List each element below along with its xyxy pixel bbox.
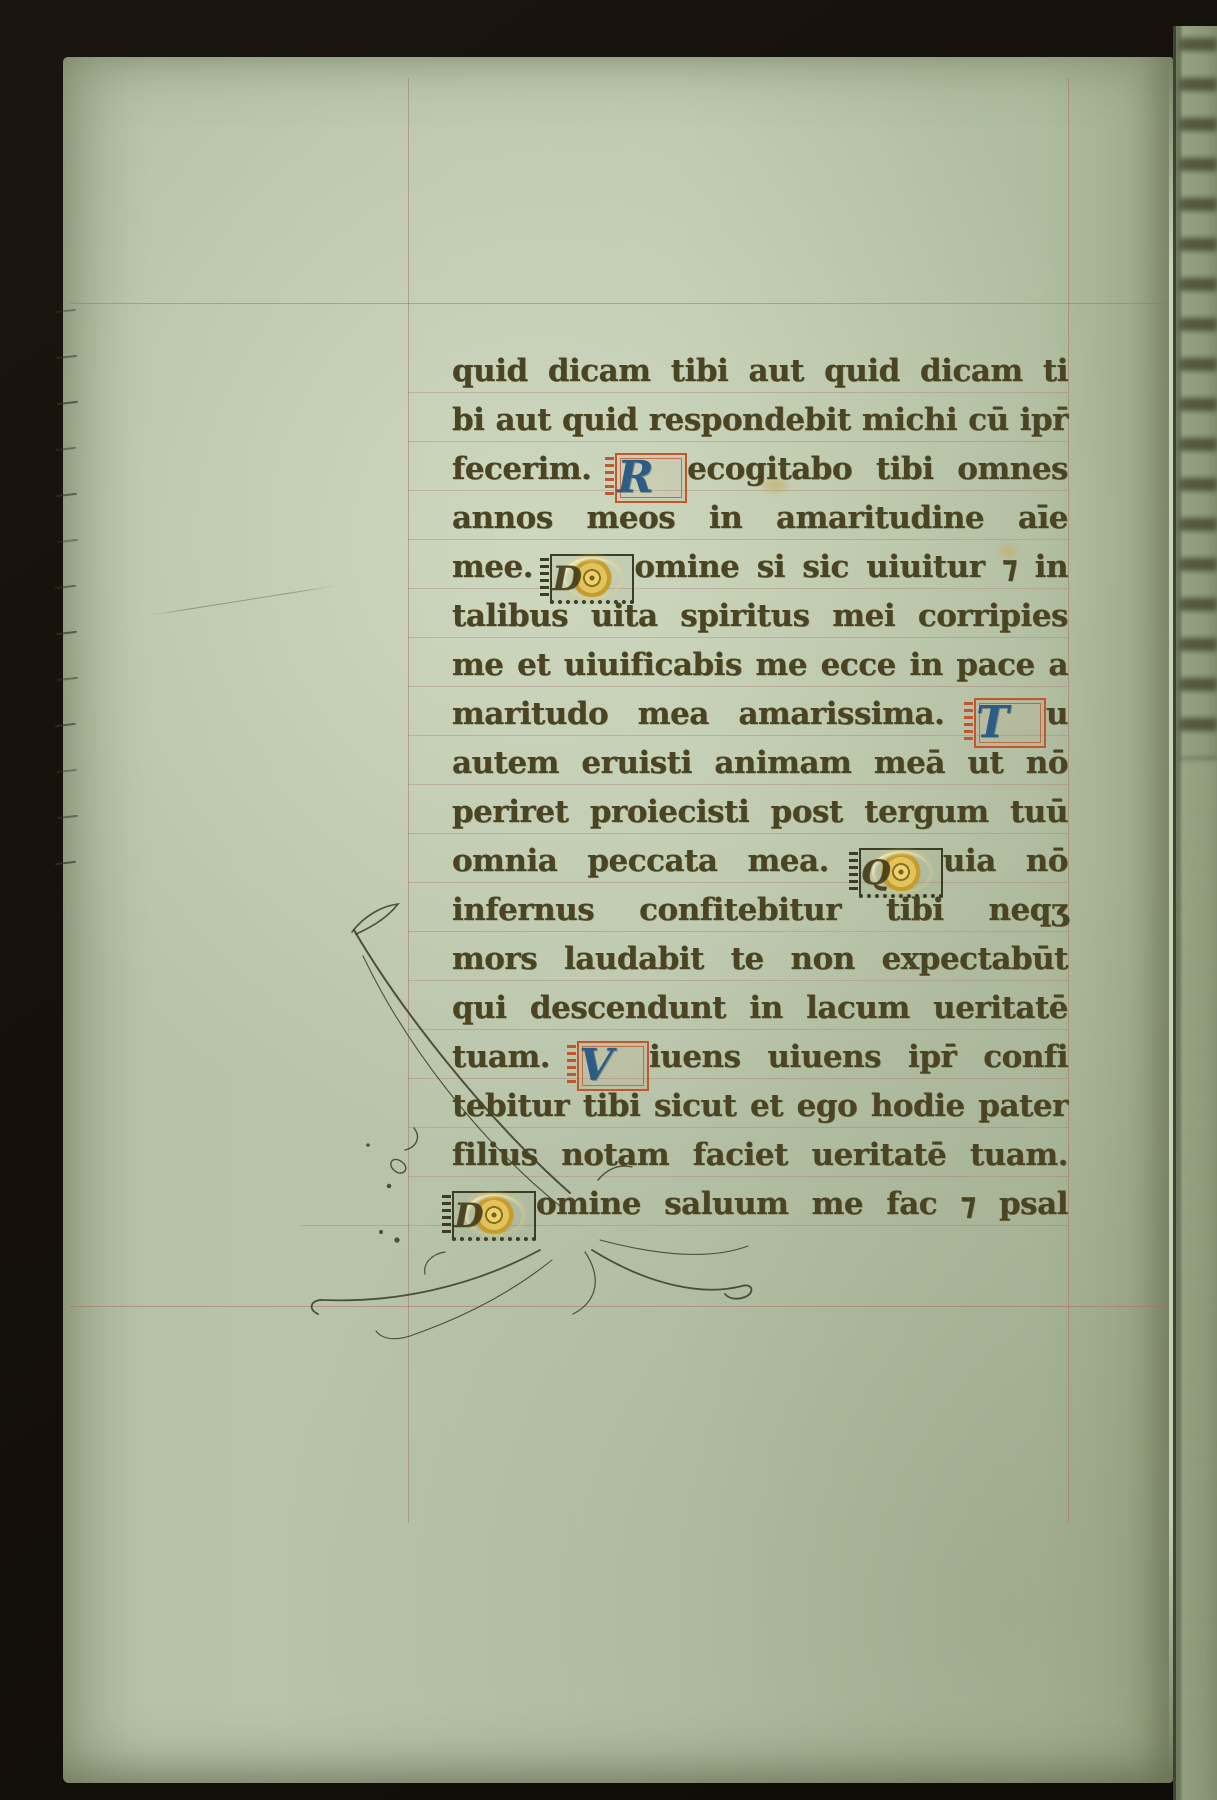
initial-letter: D bbox=[552, 556, 581, 602]
manuscript-text: u bbox=[1046, 696, 1068, 732]
manuscript-text: maritudo mea amarissima. bbox=[452, 696, 974, 732]
manuscript-text: tuam. bbox=[452, 1039, 577, 1075]
manuscript-text: me et uiuificabis me ecce in pace a bbox=[452, 647, 1068, 683]
initial-letter: Q bbox=[861, 850, 890, 896]
text-line: Domine saluum me fac ⁊ psal bbox=[452, 1181, 1068, 1230]
manuscript-text: uia nō bbox=[943, 843, 1068, 879]
text-line: bi aut quid respondebit michi cū ipr̄ bbox=[452, 397, 1068, 446]
text-line: mee. Domine si sic uiuitur ⁊ in bbox=[452, 544, 1068, 593]
illuminated-initial: D bbox=[452, 1191, 536, 1241]
photograph-backdrop: quid dicam tibi aut quid dicam tibi aut … bbox=[0, 0, 1217, 1800]
text-line: fecerim. Recogitabo tibi omnes bbox=[452, 446, 1068, 495]
manuscript-text: omnia peccata mea. bbox=[452, 843, 859, 879]
manuscript-text: mors laudabit te non expectabūt bbox=[452, 941, 1068, 977]
manuscript-text: periret proiecisti post tergum tuū bbox=[452, 794, 1068, 830]
initial-letter: D bbox=[454, 1193, 483, 1239]
manuscript-text: tebitur tibi sicut et ego hodie pater bbox=[452, 1088, 1068, 1124]
text-line: qui descendunt in lacum ueritatē bbox=[452, 985, 1068, 1034]
text-line: me et uiuificabis me ecce in pace a bbox=[452, 642, 1068, 691]
manuscript-text: talibus uita spiritus mei corripies bbox=[452, 598, 1068, 634]
text-line: tuam. Viuens uiuens ipr̄ confi bbox=[452, 1034, 1068, 1083]
manuscript-text: fecerim. bbox=[452, 451, 615, 487]
fore-edge-text bbox=[1180, 38, 1217, 760]
manuscript-text: mee. bbox=[452, 549, 550, 585]
fore-edge-blank bbox=[1180, 760, 1217, 1800]
manuscript-text: omine si sic uiuitur ⁊ in bbox=[634, 549, 1068, 585]
text-line: tebitur tibi sicut et ego hodie pater bbox=[452, 1083, 1068, 1132]
initial-letter: R bbox=[617, 455, 653, 501]
text-line: periret proiecisti post tergum tuū bbox=[452, 789, 1068, 838]
text-line: mors laudabit te non expectabūt bbox=[452, 936, 1068, 985]
text-line: infernus confitebitur tibi neqʒ bbox=[452, 887, 1068, 936]
book-fore-edge bbox=[1173, 26, 1217, 1800]
manuscript-text: annos meos in amaritudine aīe bbox=[452, 500, 1068, 536]
text-line: omnia peccata mea. Quia nō bbox=[452, 838, 1068, 887]
manuscript-text: qui descendunt in lacum ueritatē bbox=[452, 990, 1068, 1026]
manuscript-text: omine saluum me fac ⁊ psal bbox=[536, 1186, 1068, 1222]
manuscript-text: filius notam faciet ueritatē tuam. bbox=[452, 1137, 1068, 1173]
manuscript-text: infernus confitebitur tibi neqʒ bbox=[452, 892, 1068, 928]
text-block: quid dicam tibi aut quid dicam tibi aut … bbox=[0, 0, 1217, 1800]
initial-letter: V bbox=[579, 1043, 613, 1089]
manuscript-text: iuens uiuens ipr̄ confi bbox=[649, 1039, 1068, 1075]
initial-letter: T bbox=[976, 700, 1008, 746]
manuscript-text: ecogitabo tibi omnes bbox=[687, 451, 1068, 487]
manuscript-text: autem eruisti animam meā ut nō bbox=[452, 745, 1068, 781]
text-line: filius notam faciet ueritatē tuam. bbox=[452, 1132, 1068, 1181]
manuscript-text: quid dicam tibi aut quid dicam ti bbox=[452, 353, 1068, 389]
text-line: maritudo mea amarissima. Tu bbox=[452, 691, 1068, 740]
text-line: annos meos in amaritudine aīe bbox=[452, 495, 1068, 544]
manuscript-text: bi aut quid respondebit michi cū ipr̄ bbox=[452, 402, 1068, 438]
text-line: talibus uita spiritus mei corripies bbox=[452, 593, 1068, 642]
text-line: quid dicam tibi aut quid dicam ti bbox=[452, 348, 1068, 397]
